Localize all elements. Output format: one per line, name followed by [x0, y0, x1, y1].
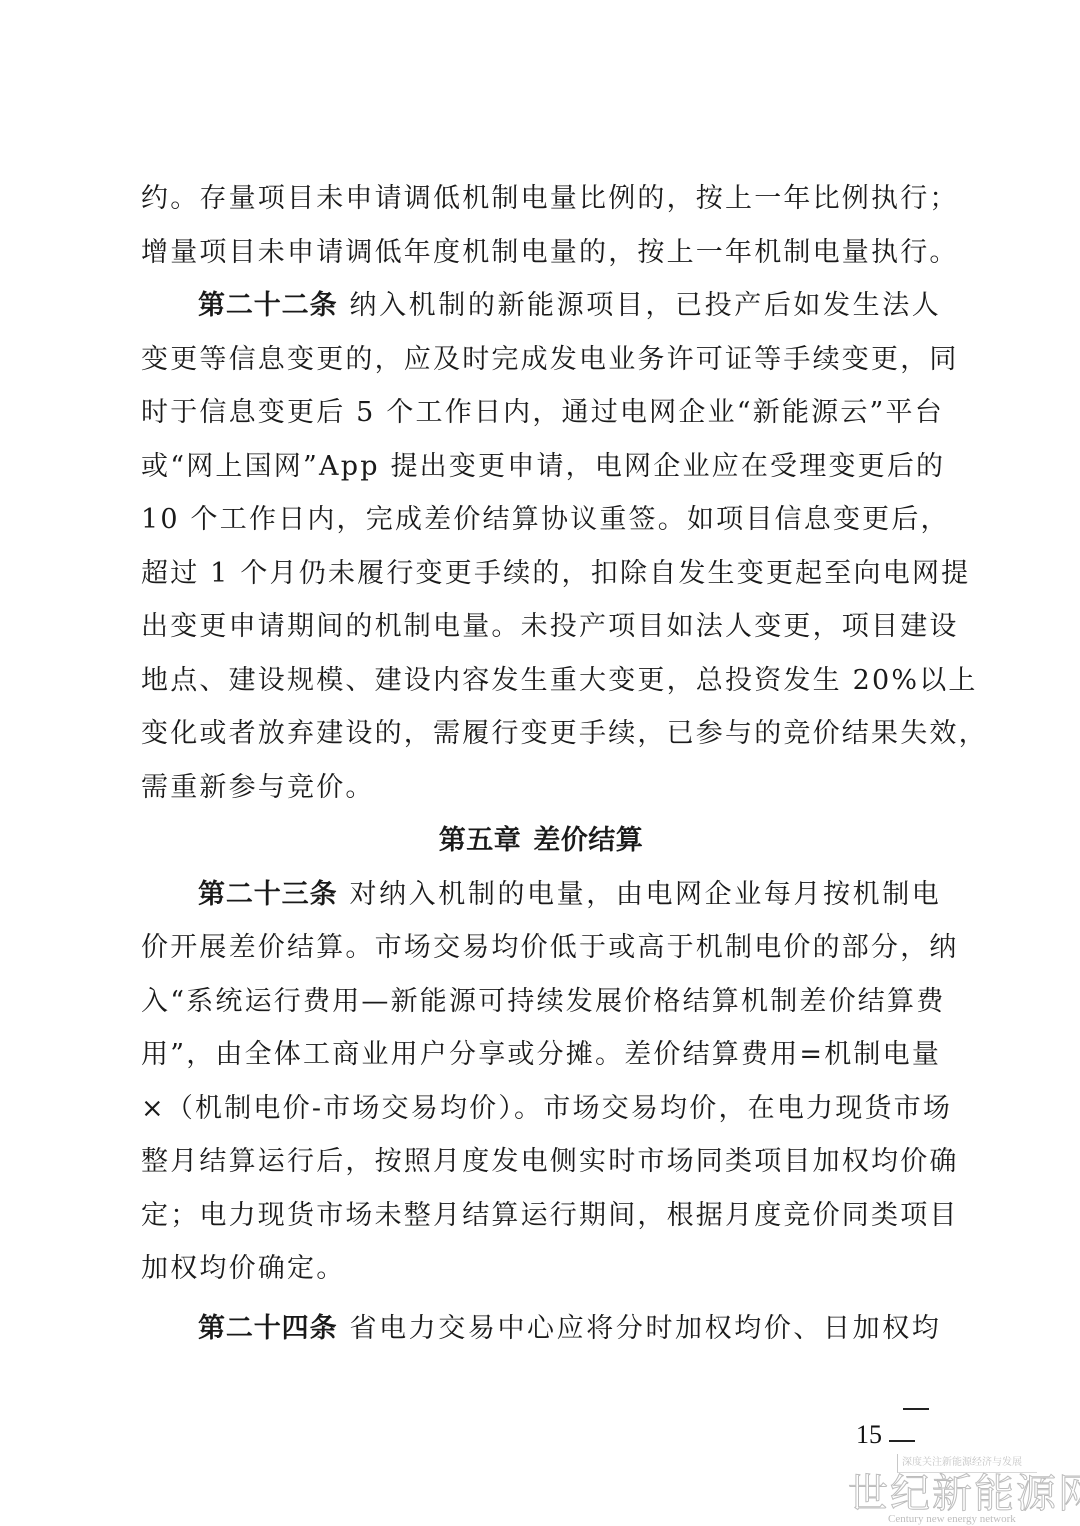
text-line: 超过 1 个月仍未履行变更手续的，扣除自发生变更起至向电网提	[141, 547, 941, 601]
text-line: 10 个工作日内，完成差价结算协议重签。如项目信息变更后，	[141, 493, 941, 547]
text-line: 加权均价确定。	[141, 1242, 941, 1296]
article-number: 第二十四条	[198, 1313, 337, 1344]
page-number-dash-bottom	[889, 1440, 915, 1442]
article-24-heading-line: 第二十四条省电力交易中心应将分时加权均价、日加权均	[141, 1302, 941, 1356]
article-number: 第二十二条	[198, 290, 337, 321]
text-line: 入“系统运行费用—新能源可持续发展价格结算机制差价结算费	[141, 975, 941, 1029]
watermark-logo: 世纪新能源网	[848, 1472, 1080, 1516]
chapter-number: 第五章	[439, 825, 522, 856]
watermark-subtitle: Century new energy network	[888, 1513, 1016, 1525]
chapter-heading: 第五章差价结算	[141, 814, 941, 868]
text-line: 定；电力现货市场未整月结算运行期间，根据月度竞价同类项目	[141, 1189, 941, 1243]
text-line: 增量项目未申请调低年度机制电量的，按上一年机制电量执行。	[141, 226, 941, 280]
text-line: 整月结算运行后，按照月度发电侧实时市场同类项目加权均价确	[141, 1135, 941, 1189]
text-line: 地点、建设规模、建设内容发生重大变更，总投资发生 20%以上	[141, 654, 941, 708]
page-number-dash-top	[903, 1408, 929, 1410]
text-line: 价开展差价结算。市场交易均价低于或高于机制电价的部分，纳	[141, 921, 941, 975]
article-text: 对纳入机制的电量，由电网企业每月按机制电	[349, 879, 941, 910]
text-line: 用”，由全体工商业用户分享或分摊。差价结算费用=机制电量	[141, 1028, 941, 1082]
text-line: 出变更申请期间的机制电量。未投产项目如法人变更，项目建设	[141, 600, 941, 654]
text-line: 或“网上国网”App 提出变更申请，电网企业应在受理变更后的	[141, 440, 941, 494]
article-number: 第二十三条	[198, 879, 337, 910]
document-page: 约。存量项目未申请调低机制电量比例的，按上一年比例执行； 增量项目未申请调低年度…	[141, 172, 941, 1355]
text-line: 需重新参与竞价。	[141, 761, 941, 815]
page-number: 15	[856, 1420, 882, 1450]
text-line: 变更等信息变更的，应及时完成发电业务许可证等手续变更，同	[141, 333, 941, 387]
text-line: 变化或者放弃建设的，需履行变更手续，已参与的竞价结果失效，	[141, 707, 941, 761]
chapter-title: 差价结算	[533, 825, 643, 856]
article-text: 纳入机制的新能源项目，已投产后如发生法人	[349, 290, 941, 321]
article-23-heading-line: 第二十三条对纳入机制的电量，由电网企业每月按机制电	[141, 868, 941, 922]
text-line: 时于信息变更后 5 个工作日内，通过电网企业“新能源云”平台	[141, 386, 941, 440]
article-22-heading-line: 第二十二条纳入机制的新能源项目，已投产后如发生法人	[141, 279, 941, 333]
text-line: 约。存量项目未申请调低机制电量比例的，按上一年比例执行；	[141, 172, 941, 226]
text-line: ×（机制电价-市场交易均价）。市场交易均价，在电力现货市场	[141, 1082, 941, 1136]
article-text: 省电力交易中心应将分时加权均价、日加权均	[349, 1313, 941, 1344]
